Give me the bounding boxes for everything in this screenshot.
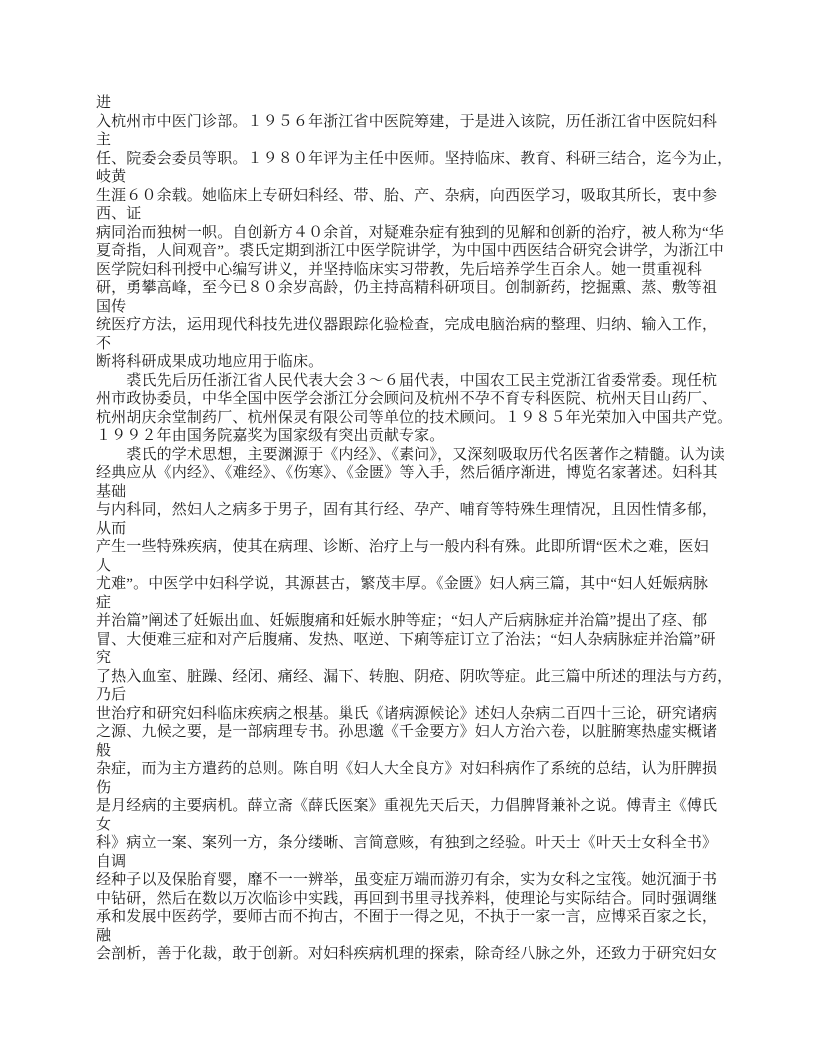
text-line: 产生一些特殊疾病，使其在病理、诊断、治疗上与一般内科有殊。此即所谓“医术之难，医…: [96, 538, 722, 557]
text-line: 主: [96, 131, 722, 150]
text-line: 症: [96, 594, 722, 613]
text-line: 病同治而独树一帜。自创新方４０余首，对疑难杂症有独到的见解和创新的治疗，被人称为…: [96, 224, 722, 243]
text-line: 承和发展中医药学，要师古而不拘古，不囿于一得之见，不执于一家一言，应博采百家之长…: [96, 908, 722, 927]
text-line: 医学院妇科刊授中心编写讲义，并坚持临床实习带教，先后培养学生百余人。她一贯重视科: [96, 261, 722, 280]
text-line: 西、证: [96, 205, 722, 224]
text-line: 岐黄: [96, 168, 722, 187]
document-body-text: 进入杭州市中医门诊部。１９５６年浙江省中医院筹建，于是进入该院，历任浙江省中医院…: [96, 94, 722, 964]
text-line: 般: [96, 742, 722, 761]
text-line: 任、院委会委员等职。１９８０年评为主任中医师。坚持临床、教育、科研三结合，迄今为…: [96, 150, 722, 169]
text-line: 冒、大便难三症和对产后腹痛、发热、呕逆、下痢等症订立了治法；“妇人杂病脉症并治篇…: [96, 631, 722, 650]
text-line: 融: [96, 927, 722, 946]
text-line: 自调: [96, 853, 722, 872]
text-line: 经种子以及保胎育婴，靡不一一辨举，虽变症万端而游刃有余，实为女科之宝筏。她沉湎于…: [96, 871, 722, 890]
text-line: 之源、九候之要，是一部病理专书。孙思邈《千金要方》妇人方治六卷，以脏腑寒热虚实概…: [96, 723, 722, 742]
text-line: 统医疗方法，运用现代科技先进仪器跟踪化验检查，完成电脑治病的整理、归纳、输入工作…: [96, 316, 722, 335]
text-line: 并治篇”阐述了妊娠出血、妊娠腹痛和妊娠水肿等症；“妇人产后病脉症并治篇”提出了痉…: [96, 612, 722, 631]
text-line: 究: [96, 649, 722, 668]
text-line: 人: [96, 557, 722, 576]
text-line: 州市政协委员，中华全国中医学会浙江分会顾问及杭州不孕不育专科医院、杭州天目山药厂…: [96, 390, 722, 409]
text-line: 裘氏先后历任浙江省人民代表大会３～６届代表，中国农工民主党浙江省委常委。现任杭: [96, 372, 722, 391]
text-line: １９９２年由国务院嘉奖为国家级有突出贡献专家。: [96, 427, 722, 446]
text-line: 世治疗和研究妇科临床疾病之根基。巢氏《诸病源候论》述妇人杂病二百四十三论，研究诸…: [96, 705, 722, 724]
text-line: 研，勇攀高峰，至今已８０余岁高龄，仍主持高精科研项目。创制新药，挖掘熏、蒸、敷等…: [96, 279, 722, 298]
text-line: 入杭州市中医门诊部。１９５６年浙江省中医院筹建，于是进入该院，历任浙江省中医院妇…: [96, 113, 722, 132]
text-line: 断将科研成果成功地应用于临床。: [96, 353, 722, 372]
text-line: 从而: [96, 520, 722, 539]
text-line: 伤: [96, 779, 722, 798]
text-line: 国传: [96, 298, 722, 317]
text-line: 乃后: [96, 686, 722, 705]
text-line: 杂症，而为主方遣药的总则。陈自明《妇人大全良方》对妇科病作了系统的总结，认为肝脾…: [96, 760, 722, 779]
text-line: 中钻研，然后在数以万次临诊中实践，再回到书里寻找养料，使理论与实际结合。同时强调…: [96, 890, 722, 909]
text-line: 与内科同，然妇人之病多于男子，固有其行经、孕产、哺育等特殊生理情况，且因性情多郁…: [96, 501, 722, 520]
text-line: 科》病立一案、案列一方，条分缕晰、言简意赅，有独到之经验。叶天士《叶天士女科全书…: [96, 834, 722, 853]
text-line: 会剖析，善于化裁，敢于创新。对妇科疾病机理的探索，除奇经八脉之外，还致力于研究妇…: [96, 945, 722, 964]
document-page: 进入杭州市中医门诊部。１９５６年浙江省中医院筹建，于是进入该院，历任浙江省中医院…: [0, 0, 816, 1056]
text-line: 裘氏的学术思想，主要渊源于《内经》、《素问》，又深刻吸取历代名医著作之精髓。认为…: [96, 446, 722, 465]
text-line: 基础: [96, 483, 722, 502]
text-line: 尤难”。中医学中妇科学说，其源甚古，繁茂丰厚。《金匮》妇人病三篇，其中“妇人妊娠…: [96, 575, 722, 594]
text-line: 不: [96, 335, 722, 354]
text-line: 杭州胡庆余堂制药厂、杭州保灵有限公司等单位的技术顾问。１９８５年光荣加入中国共产…: [96, 409, 722, 428]
text-line: 生涯６０余载。她临床上专研妇科经、带、胎、产、杂病，向西医学习，吸取其所长，衷中…: [96, 187, 722, 206]
text-line: 夏奇指，人间观音”。裘氏定期到浙江中医学院讲学，为中国中西医结合研究会讲学，为浙…: [96, 242, 722, 261]
text-line: 女: [96, 816, 722, 835]
text-line: 了热入血室、脏躁、经闭、痛经、漏下、转胞、阴疮、阴吹等症。此三篇中所述的理法与方…: [96, 668, 722, 687]
text-line: 进: [96, 94, 722, 113]
text-line: 是月经病的主要病机。薛立斋《薛氏医案》重视先天后天，力倡脾肾兼补之说。傅青主《傅…: [96, 797, 722, 816]
text-line: 经典应从《内经》、《难经》、《伤寒》、《金匮》等入手，然后循序渐进，博览名家著述…: [96, 464, 722, 483]
